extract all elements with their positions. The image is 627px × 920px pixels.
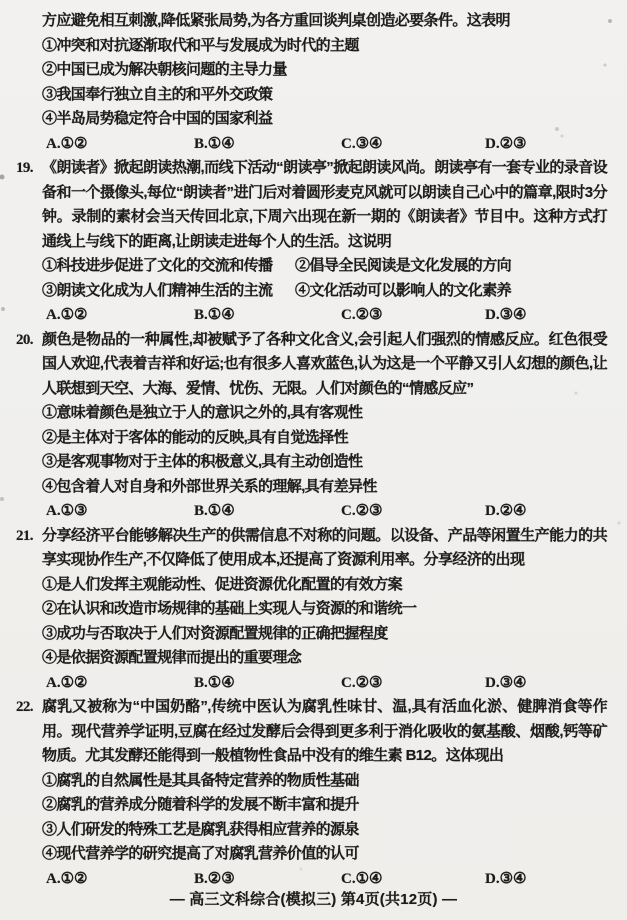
questions-area: 方应避免相互刺激,降低紧张局势,为各方重回谈判桌创造必要条件。这表明 ①冲突和对… [42, 9, 607, 891]
answer-option: D.③④ [485, 303, 526, 328]
answer-option: A.①② [46, 132, 87, 157]
question-stem-wrap: 19. 《朗读者》掀起朗读热潮,而线下活动“朗读亭”掀起朗读风尚。朗读亭有一套专… [42, 156, 607, 254]
question-item: ②中国已成为解决朝核问题的主导力量 [42, 58, 607, 83]
question-item-row: ①科技进步促进了文化的交流和传播②倡导全民阅读是文化发展的方向 [42, 254, 607, 279]
question-items: ①是人们发挥主观能动性、促进资源优化配置的有效方案②在认识和改造市场规律的基础上… [42, 573, 607, 671]
question-block: 20. 颜色是物品的一种属性,却被赋予了各种文化含义,会引起人们强烈的情感反应。… [42, 328, 607, 524]
question-item: ②腐乳的营养成分随着科学的发展不断丰富和提升 [42, 793, 607, 818]
question-item: ④半岛局势稳定符合中国的国家利益 [42, 107, 607, 132]
answer-option: A.①② [46, 303, 87, 328]
question-stem: 方应避免相互刺激,降低紧张局势,为各方重回谈判桌创造必要条件。这表明 [42, 9, 607, 34]
question-item: ③人们研发的特殊工艺是腐乳获得相应营养的源泉 [42, 818, 607, 843]
question-options: A.①②B.①④C.③④D.②③ [42, 132, 607, 157]
answer-option: B.①④ [194, 499, 235, 524]
question-item: ④包含着人对自身和外部世界关系的理解,具有差异性 [42, 475, 607, 500]
answer-option: C.②③ [341, 671, 382, 696]
answer-option: C.③④ [341, 132, 382, 157]
question-block: 21. 分享经济平台能够解决生产的供需信息不对称的问题。以设备、产品等闲置生产能… [42, 524, 607, 696]
question-number: 20. [16, 328, 33, 353]
question-block: 22. 腐乳又被称为“中国奶酪”,传统中医认为腐乳性味甘、温,具有活血化淤、健脾… [42, 695, 607, 891]
question-number: 21. [16, 524, 33, 549]
question-item: ③我国奉行独立自主的和平外交政策 [42, 83, 607, 108]
question-number: 19. [16, 156, 33, 181]
answer-option: C.②③ [341, 499, 382, 524]
question-item: ④是依据资源配置规律而提出的重要理念 [42, 646, 607, 671]
question-item: ②在认识和改造市场规律的基础上实现人与资源的和谐统一 [42, 597, 607, 622]
answer-option: B.①④ [194, 671, 235, 696]
answer-option: A.①③ [46, 499, 87, 524]
answer-option: D.②③ [485, 132, 526, 157]
question-stem-wrap: 21. 分享经济平台能够解决生产的供需信息不对称的问题。以设备、产品等闲置生产能… [42, 524, 607, 573]
question-items: ①腐乳的自然属性是其具备特定营养的物质性基础②腐乳的营养成分随着科学的发展不断丰… [42, 769, 607, 867]
scan-noise [0, 0, 2, 2]
question-block: 方应避免相互刺激,降低紧张局势,为各方重回谈判桌创造必要条件。这表明 ①冲突和对… [42, 9, 607, 156]
question-block: 19. 《朗读者》掀起朗读热潮,而线下活动“朗读亭”掀起朗读风尚。朗读亭有一套专… [42, 156, 607, 328]
question-item: ②是主体对于客体的能动的反映,具有自觉选择性 [42, 426, 607, 451]
question-item-row: ③朗读文化成为人们精神生活的主流④文化活动可以影响人的文化素养 [42, 279, 607, 304]
question-options: A.①②B.①④C.②③D.③④ [42, 671, 607, 696]
question-stem: 《朗读者》掀起朗读热潮,而线下活动“朗读亭”掀起朗读风尚。朗读亭有一套专业的录音… [42, 156, 607, 254]
question-stem: 分享经济平台能够解决生产的供需信息不对称的问题。以设备、产品等闲置生产能力的共享… [42, 524, 607, 573]
question-item: ③是客观事物对于主体的积极意义,具有主动创造性 [42, 450, 607, 475]
answer-option: D.②④ [485, 499, 526, 524]
question-item: ④文化活动可以影响人的文化素养 [295, 279, 511, 304]
question-item: ②倡导全民阅读是文化发展的方向 [295, 254, 511, 279]
question-stem-wrap: 20. 颜色是物品的一种属性,却被赋予了各种文化含义,会引起人们强烈的情感反应。… [42, 328, 607, 402]
question-number: 22. [16, 695, 33, 720]
question-stem: 颜色是物品的一种属性,却被赋予了各种文化含义,会引起人们强烈的情感反应。红色很受… [42, 328, 607, 402]
answer-option: D.③④ [485, 671, 526, 696]
question-item: ①是人们发挥主观能动性、促进资源优化配置的有效方案 [42, 573, 607, 598]
answer-option: B.①④ [194, 132, 235, 157]
question-item: ①腐乳的自然属性是其具备特定营养的物质性基础 [42, 769, 607, 794]
answer-option: A.①② [46, 671, 87, 696]
question-options: A.①③B.①④C.②③D.②④ [42, 499, 607, 524]
question-stem: 腐乳又被称为“中国奶酪”,传统中医认为腐乳性味甘、温,具有活血化淤、健脾消食等作… [42, 695, 607, 769]
question-item: ③成功与否取决于人们对资源配置规律的正确把握程度 [42, 622, 607, 647]
question-items: ①科技进步促进了文化的交流和传播②倡导全民阅读是文化发展的方向③朗读文化成为人们… [42, 254, 607, 303]
page-footer: — 高三文科综合(模拟三) 第4页(共12页) — [0, 888, 627, 912]
question-items: ①冲突和对抗逐渐取代和平与发展成为时代的主题②中国已成为解决朝核问题的主导力量③… [42, 34, 607, 132]
question-stem-wrap: 22. 腐乳又被称为“中国奶酪”,传统中医认为腐乳性味甘、温,具有活血化淤、健脾… [42, 695, 607, 769]
question-item: ④现代营养学的研究提高了对腐乳营养价值的认可 [42, 842, 607, 867]
question-options: A.①②B.①④C.②③D.③④ [42, 303, 607, 328]
question-item: ①意味着颜色是独立于人的意识之外的,具有客观性 [42, 401, 607, 426]
question-item: ①冲突和对抗逐渐取代和平与发展成为时代的主题 [42, 34, 607, 59]
question-item: ①科技进步促进了文化的交流和传播 [42, 254, 272, 279]
answer-option: C.②③ [341, 303, 382, 328]
answer-option: B.①④ [194, 303, 235, 328]
exam-page: 方应避免相互刺激,降低紧张局势,为各方重回谈判桌创造必要条件。这表明 ①冲突和对… [0, 0, 627, 920]
question-item: ③朗读文化成为人们精神生活的主流 [42, 279, 272, 304]
question-items: ①意味着颜色是独立于人的意识之外的,具有客观性②是主体对于客体的能动的反映,具有… [42, 401, 607, 499]
question-stem-wrap: 方应避免相互刺激,降低紧张局势,为各方重回谈判桌创造必要条件。这表明 [42, 9, 607, 34]
